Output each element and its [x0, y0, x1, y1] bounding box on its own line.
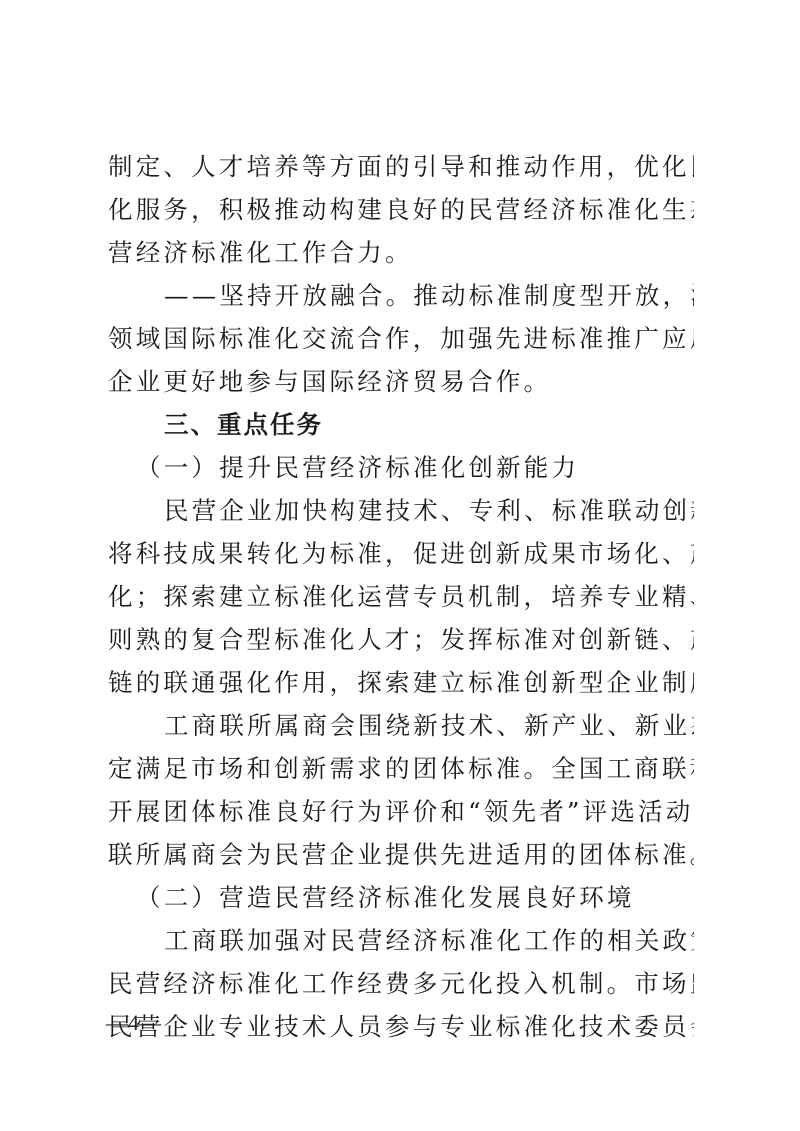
text-line: 领域国际标准化交流合作，加强先进标准推广应用，促进民营 [108, 322, 694, 365]
text-line: ——坚持开放融合。推动标准制度型开放，深化民营经济 [108, 279, 694, 322]
text-line: 将科技成果转化为标准，促进创新成果市场化、产业化和国际 [108, 537, 694, 580]
text-line: 工商联所属商会围绕新技术、新产业、新业态和新模式制 [108, 709, 694, 752]
text-line: 民营经济标准化工作经费多元化投入机制。市场监管部门畅通 [108, 967, 694, 1010]
text-line: 营经济标准化工作合力。 [108, 236, 694, 279]
text-line: 链的联通强化作用，探索建立标准创新型企业制度。 [108, 666, 694, 709]
subsection-heading: （二）营造民营经济标准化发展良好环境 [108, 881, 694, 924]
subsection-heading: （一）提升民营经济标准化创新能力 [108, 451, 694, 494]
text-line: 化；探索建立标准化运营专员机制，培养专业精、外语强、规 [108, 580, 694, 623]
text-line: 则熟的复合型标准化人才；发挥标准对创新链、产业链、供应 [108, 623, 694, 666]
document-page: 制定、人才培养等方面的引导和推动作用，优化民营经济标准 化服务，积极推动构建良好… [108, 150, 694, 1053]
text-line: 联所属商会为民营企业提供先进适用的团体标准。 [108, 838, 694, 881]
text-line: 制定、人才培养等方面的引导和推动作用，优化民营经济标准 [108, 150, 694, 193]
text-line: 民营企业专业技术人员参与专业标准化技术委员会工作的渠 [108, 1010, 694, 1053]
text-line: 工商联加强对民营经济标准化工作的相关政策激励，探索 [108, 924, 694, 967]
text-line: 定满足市场和创新需求的团体标准。全国工商联和标准委指导 [108, 752, 694, 795]
section-heading: 三、重点任务 [108, 408, 694, 451]
text-line: 企业更好地参与国际经济贸易合作。 [108, 365, 694, 408]
page-number: —4— [106, 1010, 161, 1036]
text-line: 化服务，积极推动构建良好的民营经济标准化生态圈，形成民 [108, 193, 694, 236]
text-line: 民营企业加快构建技术、专利、标准联动创新体系，及时 [108, 494, 694, 537]
text-line: 开展团体标准良好行为评价和“领先者”评选活动，促进工商 [108, 795, 694, 838]
